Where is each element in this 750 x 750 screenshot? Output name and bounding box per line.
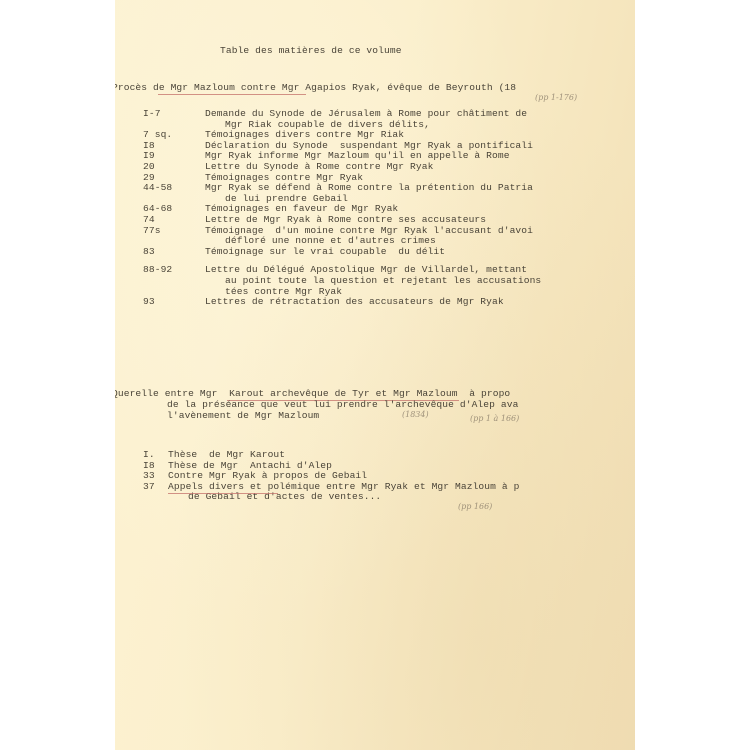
entry-description: Mgr Ryak informe Mgr Mazloum qu'il en ap…: [205, 150, 510, 161]
entry-description: Témoignages divers contre Mgr Riak: [205, 129, 404, 140]
entry-page-number: 77s: [143, 225, 161, 236]
entry-page-number: 33: [143, 470, 155, 481]
entry-description: Thèse de Mgr Antachi d'Alep: [168, 460, 332, 471]
entry-description-continued: de lui prendre Gebail: [225, 193, 348, 204]
entry-page-number: 93: [143, 296, 155, 307]
entry-page-number: 7 sq.: [143, 129, 172, 140]
entry-description: Lettres de rétractation des accusateurs …: [205, 296, 504, 307]
entry-description: Déclaration du Synode suspendant Mgr Rya…: [205, 140, 533, 151]
entry-page-number: I8: [143, 460, 155, 471]
section-heading-2-line-2: de la préséance que veut lui prendre l'a…: [167, 399, 518, 410]
handwritten-year: (1834): [402, 410, 429, 419]
entry-page-number: I-7: [143, 108, 161, 119]
entry-description: Lettre du Synode à Rome contre Mgr Ryak: [205, 161, 433, 172]
document-title: Table des matières de ce volume: [220, 45, 402, 56]
entry-page-number: 29: [143, 172, 155, 183]
section-heading-2-line-3: l'avènement de Mgr Mazloum: [167, 410, 319, 421]
entry-description-continued: Mgr Riak coupable de divers délits,: [225, 119, 430, 130]
entry-description: Appels divers et polémique entre Mgr Rya…: [168, 481, 519, 492]
handwritten-trailing-note: (pp 166): [458, 502, 492, 511]
entry-description-continued: au point toute la question et rejetant l…: [225, 275, 541, 286]
entry-page-number: 37: [143, 481, 155, 492]
entry-page-number: I9: [143, 150, 155, 161]
entry-page-number: 44-58: [143, 182, 172, 193]
entry-description: Contre Mgr Ryak à propos de Gebail: [168, 470, 367, 481]
entry-description: Thèse de Mgr Karout: [168, 449, 285, 460]
section-heading-1: Procès de Mgr Mazloum contre Mgr Agapios…: [115, 82, 516, 93]
entry-description: Témoignages contre Mgr Ryak: [205, 172, 363, 183]
entry-description: Témoignages en faveur de Mgr Ryak: [205, 203, 398, 214]
entry-description: Demande du Synode de Jérusalem à Rome po…: [205, 108, 527, 119]
entry-description: Lettre du Délégué Apostolique Mgr de Vil…: [205, 264, 527, 275]
handwritten-page-range-2: (pp 1 à 166): [470, 414, 519, 423]
red-pencil-underline: [158, 94, 306, 95]
entry-description-continued: tées contre Mgr Ryak: [225, 286, 342, 297]
section-heading-2-line-1: Querelle entre Mgr Karout archevêque de …: [115, 388, 510, 399]
entry-description: Lettre de Mgr Ryak à Rome contre ses acc…: [205, 214, 486, 225]
entry-description: Mgr Ryak se défend à Rome contre la prét…: [205, 182, 533, 193]
entry-description: Témoignage sur le vrai coupable du délit: [205, 246, 445, 257]
entry-page-number: 88-92: [143, 264, 172, 275]
entry-page-number: 83: [143, 246, 155, 257]
entry-page-number: 74: [143, 214, 155, 225]
entry-description-continued: défloré une nonne et d'autres crimes: [225, 235, 436, 246]
document-page: Table des matières de ce volume Procès d…: [115, 0, 635, 750]
entry-description: Témoignage d'un moine contre Mgr Ryak l'…: [205, 225, 533, 236]
entry-page-number: 64-68: [143, 203, 172, 214]
red-pencil-underline-3: [168, 493, 278, 494]
handwritten-page-range-1: (pp 1-176): [535, 93, 577, 102]
entry-page-number: I.: [143, 449, 155, 460]
entry-page-number: I8: [143, 140, 155, 151]
entry-page-number: 20: [143, 161, 155, 172]
